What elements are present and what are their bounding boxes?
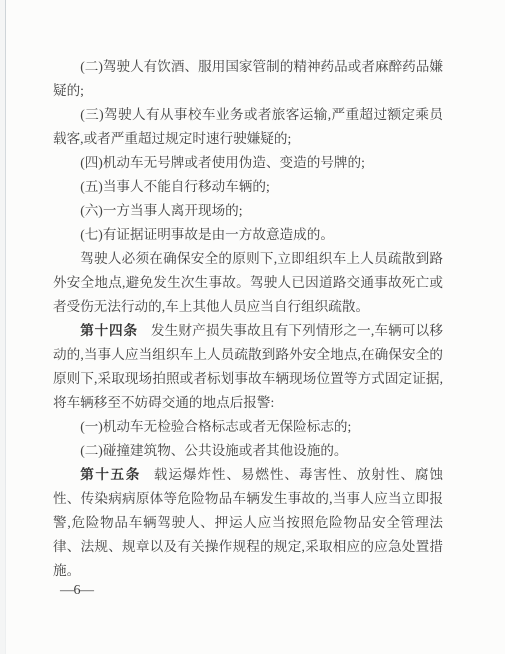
paragraph-text: (二)碰撞建筑物、公共设施或者其他设施的。 xyxy=(80,443,347,458)
paragraph-text: (三)驾驶人有从事校车业务或者旅客运输,严重超过额定乘员载客,或者严重超过规定时… xyxy=(53,107,443,146)
paragraph: (二)驾驶人有饮酒、服用国家管制的精神药品或者麻醉药品嫌疑的; xyxy=(53,55,443,103)
paragraph: 驾驶人必须在确保安全的原则下,立即组织车上人员疏散到路外安全地点,避免发生次生事… xyxy=(53,247,443,319)
paragraph-text: (四)机动车无号牌或者使用伪造、变造的号牌的; xyxy=(80,155,365,170)
paragraph: 第十四条发生财产损失事故且有下列情形之一,车辆可以移动的,当事人应当组织车上人员… xyxy=(53,319,443,415)
article-number: 第十五条 xyxy=(80,467,141,482)
paragraph: (五)当事人不能自行移动车辆的; xyxy=(53,175,443,199)
paragraph-text: 载运爆炸性、易燃性、毒害性、放射性、腐蚀性、传染病病原体等危险物品车辆发生事故的… xyxy=(53,467,443,578)
paragraph: (四)机动车无号牌或者使用伪造、变造的号牌的; xyxy=(53,151,443,175)
paragraph-text: 驾驶人必须在确保安全的原则下,立即组织车上人员疏散到路外安全地点,避免发生次生事… xyxy=(53,251,443,314)
paragraph-text: (七)有证据证明事故是由一方故意造成的。 xyxy=(80,227,334,242)
paragraph-text: (二)驾驶人有饮酒、服用国家管制的精神药品或者麻醉药品嫌疑的; xyxy=(53,59,443,98)
paragraph: (一)机动车无检验合格标志或者无保险标志的; xyxy=(53,415,443,439)
article-number: 第十四条 xyxy=(80,323,138,338)
paragraph: (三)驾驶人有从事校车业务或者旅客运输,严重超过额定乘员载客,或者严重超过规定时… xyxy=(53,103,443,151)
paragraph-text: (五)当事人不能自行移动车辆的; xyxy=(80,179,270,194)
page-number: —6— xyxy=(60,583,94,599)
paragraph: (七)有证据证明事故是由一方故意造成的。 xyxy=(53,223,443,247)
paragraph: 第十五条载运爆炸性、易燃性、毒害性、放射性、腐蚀性、传染病病原体等危险物品车辆发… xyxy=(53,463,443,583)
paragraph: (六)一方当事人离开现场的; xyxy=(53,199,443,223)
paragraph: (二)碰撞建筑物、公共设施或者其他设施的。 xyxy=(53,439,443,463)
scan-edge-artifact xyxy=(5,0,6,654)
paragraph-text: (一)机动车无检验合格标志或者无保险标志的; xyxy=(80,419,351,434)
document-body-text: (二)驾驶人有饮酒、服用国家管制的精神药品或者麻醉药品嫌疑的;(三)驾驶人有从事… xyxy=(53,55,443,583)
paragraph-text: (六)一方当事人离开现场的; xyxy=(80,203,242,218)
